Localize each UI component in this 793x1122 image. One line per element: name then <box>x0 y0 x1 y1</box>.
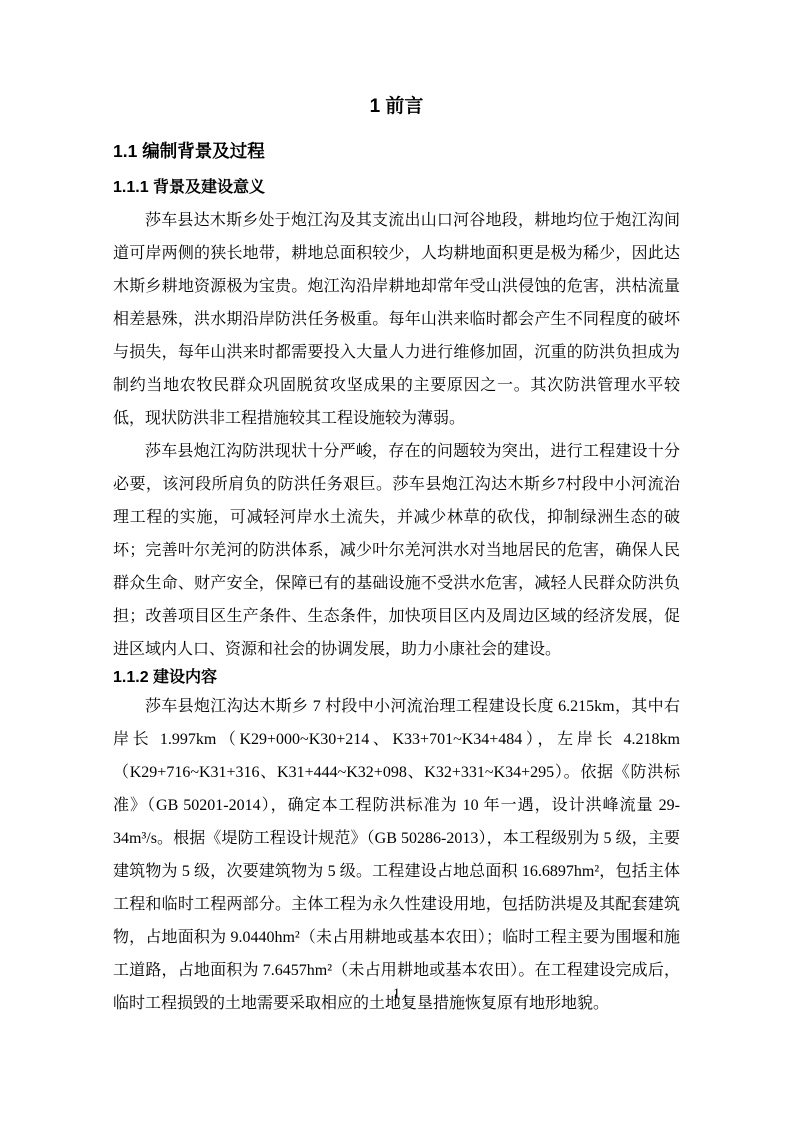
subsection-heading-1-1-1: 1.1.1 背景及建设意义 <box>113 177 680 198</box>
paragraph-background-1: 莎车县达木斯乡处于炮江沟及其支流出山口河谷地段，耕地均位于炮江沟间道可岸两侧的狭… <box>113 204 680 435</box>
page-number: 1 <box>0 986 793 1003</box>
document-title: 1 前言 <box>113 0 680 119</box>
section-heading-1-1: 1.1 编制背景及过程 <box>113 140 680 162</box>
subsection-heading-1-1-2: 1.1.2 建设内容 <box>113 667 680 688</box>
paragraph-construction-content: 莎车县炮江沟达木斯乡 7 村段中小河流治理工程建设长度 6.215km，其中右岸… <box>113 690 680 1020</box>
paragraph-background-2: 莎车县炮江沟防洪现状十分严峻，存在的问题较为突出，进行工程建设十分必要，该河段所… <box>113 435 680 666</box>
document-page: 1 前言 1.1 编制背景及过程 1.1.1 背景及建设意义 莎车县达木斯乡处于… <box>0 0 793 1122</box>
